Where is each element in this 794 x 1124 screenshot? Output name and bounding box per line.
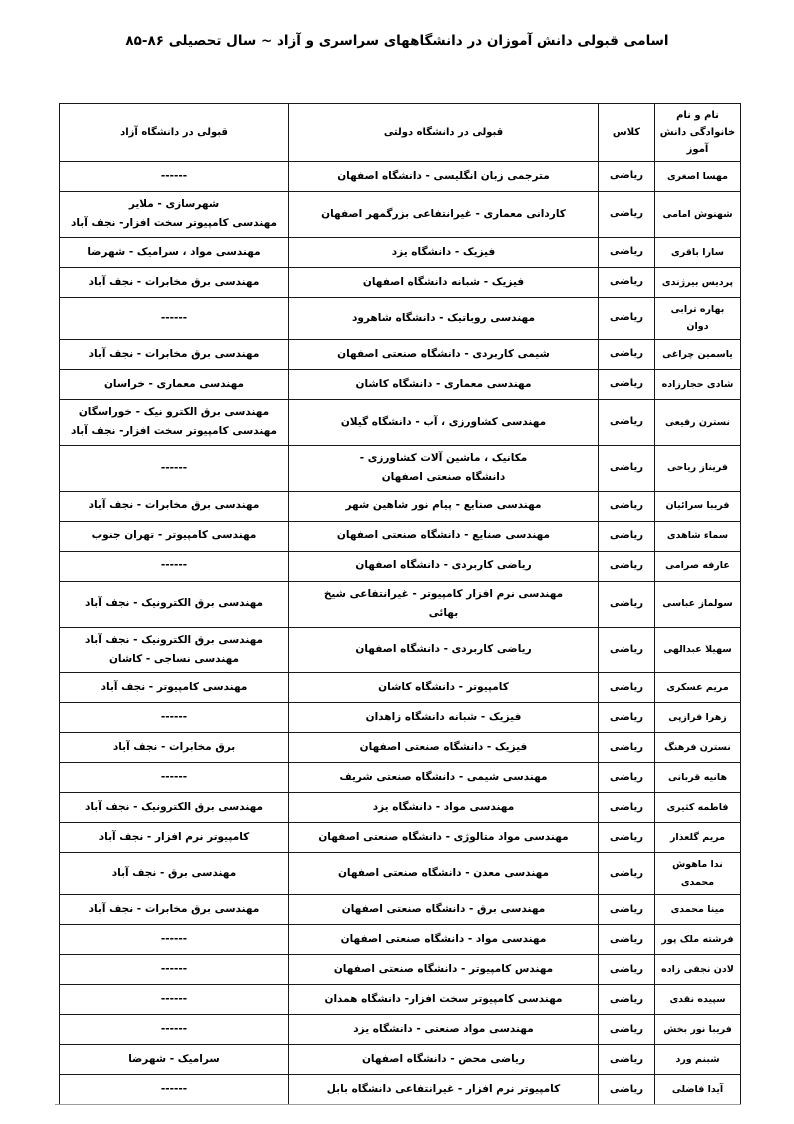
class-cell: ریاضی xyxy=(599,1045,655,1075)
table-row: شادی حجارزادهریاضیمهندسی معماری - دانشگا… xyxy=(60,369,741,399)
state-university-cell: مترجمی زبان انگلیسی - دانشگاه اصفهان xyxy=(289,162,599,192)
class-cell: ریاضی xyxy=(599,703,655,733)
student-name-cell: فریبا نور بخش xyxy=(655,1015,741,1045)
azad-university-cell: کامپیوتر نرم افزار - نجف آباد xyxy=(60,823,289,853)
student-name-cell: سهیلا عبدالهی xyxy=(655,627,741,673)
class-cell: ریاضی xyxy=(599,823,655,853)
table-row: هانیه قربانیریاضیمهندسی شیمی - دانشگاه ص… xyxy=(60,763,741,793)
class-cell: ریاضی xyxy=(599,445,655,491)
admissions-table: نام و نام خانوادگی دانش آموز کلاس قبولی … xyxy=(59,103,741,1105)
azad-university-cell: شهرسازی - ملایر مهندسی کامپیوتر سخت افزا… xyxy=(60,192,289,238)
state-university-cell: مهندسی معدن - دانشگاه صنعتی اصفهان xyxy=(289,853,599,895)
student-name-cell: هانیه قربانی xyxy=(655,763,741,793)
student-name-cell: بهاره ترابی دوان xyxy=(655,297,741,339)
table-row: نسترن رفیعیریاضیمهندسی کشاورزی ، آب - دا… xyxy=(60,399,741,445)
state-university-cell: مهندس کامپیوتر - دانشگاه صنعتی اصفهان xyxy=(289,955,599,985)
column-header-student-name: نام و نام خانوادگی دانش آموز xyxy=(655,104,741,162)
table-row: فریبا نور بخشریاضیمهندسی مواد صنعتی - دا… xyxy=(60,1015,741,1045)
class-cell: ریاضی xyxy=(599,521,655,551)
footer-divider xyxy=(55,1104,741,1105)
student-name-cell: فریبا سرائیان xyxy=(655,491,741,521)
column-header-azad-university: قبولی در دانشگاه آزاد xyxy=(60,104,289,162)
state-university-cell: شیمی کاربردی - دانشگاه صنعتی اصفهان xyxy=(289,339,599,369)
azad-university-cell: مهندسی برق الکترونیک - نجف آباد xyxy=(60,793,289,823)
table-row: سارا باقریریاضیفیزیک - دانشگاه یزدمهندسی… xyxy=(60,237,741,267)
state-university-cell: مهندسی مواد متالوژی - دانشگاه صنعتی اصفه… xyxy=(289,823,599,853)
student-name-cell: فرشته ملک پور xyxy=(655,925,741,955)
state-university-cell: کاردانی معماری - غیرانتفاعی بزرگمهر اصفه… xyxy=(289,192,599,238)
state-university-cell: فیزیک - دانشگاه یزد xyxy=(289,237,599,267)
student-name-cell: مهسا اصغری xyxy=(655,162,741,192)
student-name-cell: سماء شاهدی xyxy=(655,521,741,551)
table-header: نام و نام خانوادگی دانش آموز کلاس قبولی … xyxy=(60,104,741,162)
state-university-cell: مهندسی مواد - دانشگاه صنعتی اصفهان xyxy=(289,925,599,955)
table-row: سماء شاهدیریاضیمهندسی صنایع - دانشگاه صن… xyxy=(60,521,741,551)
azad-university-cell: ------ xyxy=(60,955,289,985)
table-row: مریم عسکریریاضیکامپیوتر - دانشگاه کاشانم… xyxy=(60,673,741,703)
azad-university-cell: ------ xyxy=(60,551,289,581)
state-university-cell: فیزیک - دانشگاه صنعتی اصفهان xyxy=(289,733,599,763)
azad-university-cell: مهندسی مواد ، سرامیک - شهرضا xyxy=(60,237,289,267)
azad-university-cell: مهندسی برق الکترو نیک - خوراسگان مهندسی … xyxy=(60,399,289,445)
table-row: سپیده نقدیریاضیمهندسی کامپیوتر سخت افزار… xyxy=(60,985,741,1015)
class-cell: ریاضی xyxy=(599,763,655,793)
student-name-cell: لادن نجفی زاده xyxy=(655,955,741,985)
state-university-cell: مهندسی مواد - دانشگاه یزد xyxy=(289,793,599,823)
column-header-class: کلاس xyxy=(599,104,655,162)
azad-university-cell: برق مخابرات - نجف آباد xyxy=(60,733,289,763)
state-university-cell: مهندسی برق - دانشگاه صنعتی اصفهان xyxy=(289,895,599,925)
state-university-cell: ریاضی محض - دانشگاه اصفهان xyxy=(289,1045,599,1075)
class-cell: ریاضی xyxy=(599,925,655,955)
azad-university-cell: مهندسی برق الکترونیک - نجف آباد مهندسی ن… xyxy=(60,627,289,673)
class-cell: ریاضی xyxy=(599,192,655,238)
class-cell: ریاضی xyxy=(599,551,655,581)
class-cell: ریاضی xyxy=(599,955,655,985)
table-row: فریبا سرائیانریاضیمهندسی صنایع - پیام نو… xyxy=(60,491,741,521)
student-name-cell: مینا محمدی xyxy=(655,895,741,925)
table-row: شبنم وردریاضیریاضی محض - دانشگاه اصفهانس… xyxy=(60,1045,741,1075)
class-cell: ریاضی xyxy=(599,853,655,895)
class-cell: ریاضی xyxy=(599,237,655,267)
header-row: نام و نام خانوادگی دانش آموز کلاس قبولی … xyxy=(60,104,741,162)
state-university-cell: کامپیوتر نرم افزار - غیرانتفاعی دانشگاه … xyxy=(289,1075,599,1105)
student-name-cell: زهرا فرازپی xyxy=(655,703,741,733)
azad-university-cell: مهندسی برق - نجف آباد xyxy=(60,853,289,895)
table-row: آیدا فاضلیریاضیکامپیوتر نرم افزار - غیرا… xyxy=(60,1075,741,1105)
class-cell: ریاضی xyxy=(599,162,655,192)
student-name-cell: مریم عسکری xyxy=(655,673,741,703)
state-university-cell: مهندسی کامپیوتر سخت افزار- دانشگاه همدان xyxy=(289,985,599,1015)
state-university-cell: مهندسی معماری - دانشگاه کاشان xyxy=(289,369,599,399)
azad-university-cell: ------ xyxy=(60,1015,289,1045)
student-name-cell: سارا باقری xyxy=(655,237,741,267)
state-university-cell: مکانیک ، ماشین آلات کشاورزی - دانشگاه صن… xyxy=(289,445,599,491)
table-row: زهرا فرازپیریاضیفیزیک - شبانه دانشگاه زا… xyxy=(60,703,741,733)
class-cell: ریاضی xyxy=(599,985,655,1015)
table-row: فریناز ریاحیریاضیمکانیک ، ماشین آلات کشا… xyxy=(60,445,741,491)
class-cell: ریاضی xyxy=(599,793,655,823)
azad-university-cell: مهندسی برق مخابرات - نجف آباد xyxy=(60,339,289,369)
azad-university-cell: ------ xyxy=(60,445,289,491)
class-cell: ریاضی xyxy=(599,369,655,399)
class-cell: ریاضی xyxy=(599,673,655,703)
azad-university-cell: مهندسی برق مخابرات - نجف آباد xyxy=(60,895,289,925)
table-row: فاطمه کثیریریاضیمهندسی مواد - دانشگاه یز… xyxy=(60,793,741,823)
class-cell: ریاضی xyxy=(599,895,655,925)
student-name-cell: یاسمین چراغی xyxy=(655,339,741,369)
table-row: مریم گلعذارریاضیمهندسی مواد متالوژی - دا… xyxy=(60,823,741,853)
class-cell: ریاضی xyxy=(599,267,655,297)
class-cell: ریاضی xyxy=(599,733,655,763)
student-name-cell: سپیده نقدی xyxy=(655,985,741,1015)
state-university-cell: مهندسی شیمی - دانشگاه صنعتی شریف xyxy=(289,763,599,793)
state-university-cell: مهندسی صنایع - دانشگاه صنعتی اصفهان xyxy=(289,521,599,551)
student-name-cell: نسترن رفیعی xyxy=(655,399,741,445)
table-row: پردیس بیرژندیریاضیفیزیک - شبانه دانشگاه … xyxy=(60,267,741,297)
state-university-cell: مهندسی نرم افزار کامپیوتر - غیرانتفاعی ش… xyxy=(289,581,599,627)
table-row: یاسمین چراغیریاضیشیمی کاربردی - دانشگاه … xyxy=(60,339,741,369)
azad-university-cell: مهندسی برق الکترونیک - نجف آباد xyxy=(60,581,289,627)
table-row: فرشته ملک پورریاضیمهندسی مواد - دانشگاه … xyxy=(60,925,741,955)
azad-university-cell: مهندسی کامپیوتر - تهران جنوب xyxy=(60,521,289,551)
state-university-cell: ریاضی کاربردی - دانشگاه اصفهان xyxy=(289,551,599,581)
table-body: مهسا اصغریریاضیمترجمی زبان انگلیسی - دان… xyxy=(60,162,741,1105)
state-university-cell: مهندسی کشاورزی ، آب - دانشگاه گیلان xyxy=(289,399,599,445)
class-cell: ریاضی xyxy=(599,339,655,369)
student-name-cell: فریناز ریاحی xyxy=(655,445,741,491)
student-name-cell: مریم گلعذار xyxy=(655,823,741,853)
azad-university-cell: مهندسی معماری - خراسان xyxy=(60,369,289,399)
state-university-cell: مهندسی صنایع - پیام نور شاهین شهر xyxy=(289,491,599,521)
azad-university-cell: ------ xyxy=(60,925,289,955)
document-title: اسامی قبولی دانش آموزان در دانشگاههای سر… xyxy=(0,33,794,49)
table-row: سهیلا عبدالهیریاضیریاضی کاربردی - دانشگا… xyxy=(60,627,741,673)
azad-university-cell: مهندسی برق مخابرات - نجف آباد xyxy=(60,267,289,297)
azad-university-cell: ------ xyxy=(60,985,289,1015)
table-row: عارفه صرامیریاضیریاضی کاربردی - دانشگاه … xyxy=(60,551,741,581)
student-name-cell: آیدا فاضلی xyxy=(655,1075,741,1105)
state-university-cell: مهندسی مواد صنعتی - دانشگاه یزد xyxy=(289,1015,599,1045)
azad-university-cell: ------ xyxy=(60,297,289,339)
class-cell: ریاضی xyxy=(599,1015,655,1045)
azad-university-cell: مهندسی برق مخابرات - نجف آباد xyxy=(60,491,289,521)
table-row: مینا محمدیریاضیمهندسی برق - دانشگاه صنعت… xyxy=(60,895,741,925)
table-row: ندا ماهوش محمدیریاضیمهندسی معدن - دانشگا… xyxy=(60,853,741,895)
class-cell: ریاضی xyxy=(599,399,655,445)
class-cell: ریاضی xyxy=(599,581,655,627)
class-cell: ریاضی xyxy=(599,627,655,673)
state-university-cell: کامپیوتر - دانشگاه کاشان xyxy=(289,673,599,703)
class-cell: ریاضی xyxy=(599,297,655,339)
azad-university-cell: سرامیک - شهرضا xyxy=(60,1045,289,1075)
azad-university-cell: مهندسی کامپیوتر - نجف آباد xyxy=(60,673,289,703)
table-row: بهاره ترابی دوانریاضیمهندسی روباتیک - دا… xyxy=(60,297,741,339)
table-row: لادن نجفی زادهریاضیمهندس کامپیوتر - دانش… xyxy=(60,955,741,985)
class-cell: ریاضی xyxy=(599,1075,655,1105)
state-university-cell: مهندسی روباتیک - دانشگاه شاهرود xyxy=(289,297,599,339)
student-name-cell: نسترن فرهنگ xyxy=(655,733,741,763)
student-name-cell: پردیس بیرژندی xyxy=(655,267,741,297)
table-row: سولماز عباسیریاضیمهندسی نرم افزار کامپیو… xyxy=(60,581,741,627)
student-name-cell: شبنم ورد xyxy=(655,1045,741,1075)
student-name-cell: سولماز عباسی xyxy=(655,581,741,627)
azad-university-cell: ------ xyxy=(60,763,289,793)
student-name-cell: فاطمه کثیری xyxy=(655,793,741,823)
table-row: نسترن فرهنگریاضیفیزیک - دانشگاه صنعتی اص… xyxy=(60,733,741,763)
student-name-cell: ندا ماهوش محمدی xyxy=(655,853,741,895)
azad-university-cell: ------ xyxy=(60,162,289,192)
student-name-cell: شهنوش امامی xyxy=(655,192,741,238)
student-name-cell: عارفه صرامی xyxy=(655,551,741,581)
student-name-cell: شادی حجارزاده xyxy=(655,369,741,399)
column-header-state-university: قبولی در دانشگاه دولتی xyxy=(289,104,599,162)
azad-university-cell: ------ xyxy=(60,703,289,733)
state-university-cell: ریاضی کاربردی - دانشگاه اصفهان xyxy=(289,627,599,673)
table-row: شهنوش امامیریاضیکاردانی معماری - غیرانتف… xyxy=(60,192,741,238)
state-university-cell: فیزیک - شبانه دانشگاه اصفهان xyxy=(289,267,599,297)
table-row: مهسا اصغریریاضیمترجمی زبان انگلیسی - دان… xyxy=(60,162,741,192)
state-university-cell: فیزیک - شبانه دانشگاه زاهدان xyxy=(289,703,599,733)
azad-university-cell: ------ xyxy=(60,1075,289,1105)
class-cell: ریاضی xyxy=(599,491,655,521)
